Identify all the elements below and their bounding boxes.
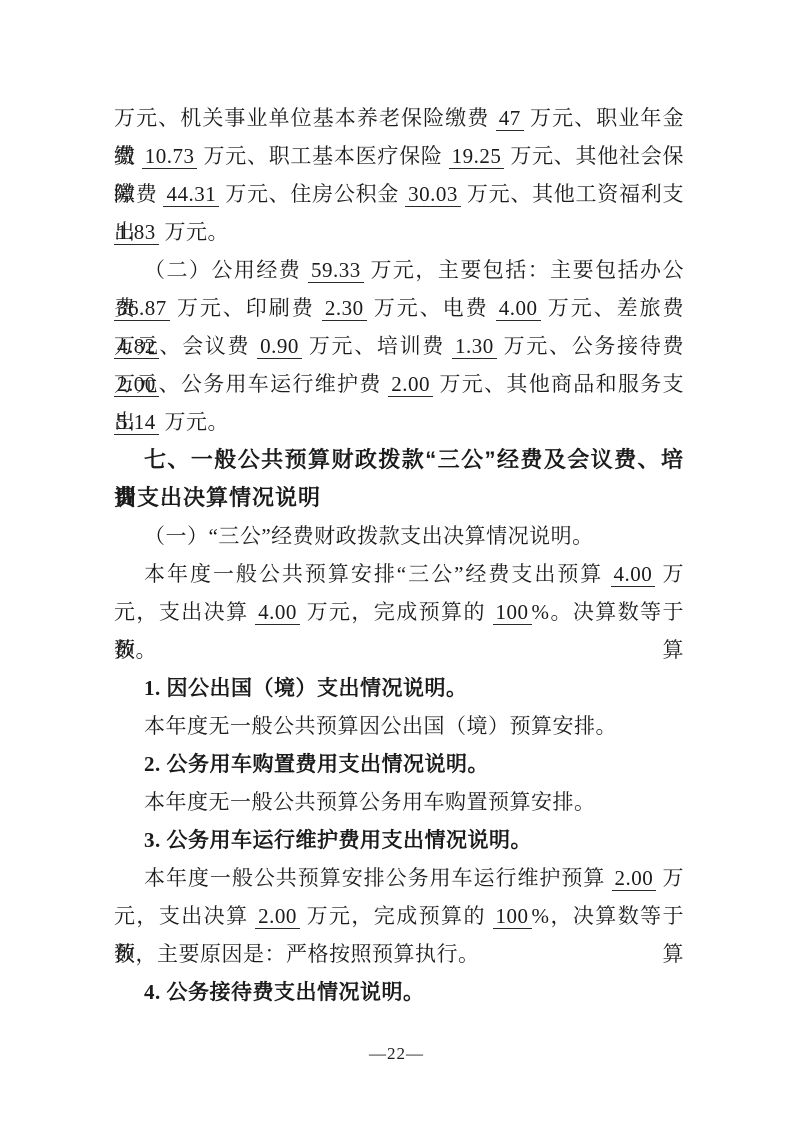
text-line: 5.14 万元。 xyxy=(114,403,684,441)
text-run: 费支出决算情况说明 xyxy=(114,485,321,510)
text-run: 万元，完成预算的 xyxy=(300,904,493,928)
text-run: 本年度一般公共预算安排“三公”经费支出预算 xyxy=(144,562,611,586)
underlined-value: 59.33 xyxy=(308,258,364,283)
text-line: 4. 公务接待费支出情况说明。 xyxy=(114,973,684,1011)
text-run: 万元、公务用车运行维护费 xyxy=(114,372,388,396)
underlined-value: 1.30 xyxy=(452,334,497,359)
text-run: 万元、会议费 xyxy=(114,334,257,358)
text-line: 本年度无一般公共预算因公出国（境）预算安排。 xyxy=(114,707,684,745)
text-line: 七、一般公共预算财政拨款“三公”经费及会议费、培训 xyxy=(114,441,684,479)
underlined-value: 2.00 xyxy=(612,866,657,891)
text-run: 万元、公务接待费 xyxy=(497,334,684,358)
text-run: 万元、机关事业单位基本养老保险缴费 xyxy=(114,106,496,130)
text-run: 万元、职工基本医疗保险 xyxy=(197,144,448,168)
underlined-value: 47 xyxy=(496,106,524,131)
text-run: 3. 公务用车运行维护费用支出情况说明。 xyxy=(144,828,532,852)
text-line: 本年度一般公共预算安排“三公”经费支出预算 4.00 万 xyxy=(114,555,684,593)
text-line: 36.87 万元、印刷费 2.30 万元、电费 4.00 万元、差旅费 4.82 xyxy=(114,289,684,327)
text-run: 数，主要原因是：严格按照预算执行。 xyxy=(114,942,480,966)
text-run: 元，支出决算 xyxy=(114,600,255,624)
underlined-value: 4.00 xyxy=(255,600,300,625)
text-line: 缴费 44.31 万元、住房公积金 30.03 万元、其他工资福利支出 xyxy=(114,175,684,213)
text-run: 万元，完成预算的 xyxy=(300,600,493,624)
text-run: 2. 公务用车购置费用支出情况说明。 xyxy=(144,752,489,776)
underlined-value: 19.25 xyxy=(449,144,505,169)
text-line: 费 10.73 万元、职工基本医疗保险 19.25 万元、其他社会保障 xyxy=(114,137,684,175)
text-run: 万元、印刷费 xyxy=(170,296,322,320)
text-line: 万元、机关事业单位基本养老保险缴费 47 万元、职业年金缴 xyxy=(114,99,684,137)
underlined-value: 5.14 xyxy=(114,410,159,435)
text-run: 缴费 xyxy=(114,182,163,206)
text-line: 3. 公务用车运行维护费用支出情况说明。 xyxy=(114,821,684,859)
text-run: 本年度无一般公共预算公务用车购置预算安排。 xyxy=(144,790,596,814)
text-run: 万元、电费 xyxy=(367,296,496,320)
text-line: 本年度无一般公共预算公务用车购置预算安排。 xyxy=(114,783,684,821)
text-run: 1. 因公出国（境）支出情况说明。 xyxy=(144,676,468,700)
text-run: 元，支出决算 xyxy=(114,904,255,928)
underlined-value: 4.00 xyxy=(611,562,656,587)
text-line: 元，支出决算 2.00 万元，完成预算的 100%，决算数等于预算 xyxy=(114,897,684,935)
text-line: 本年度一般公共预算安排公务用车运行维护预算 2.00 万 xyxy=(114,859,684,897)
text-run: 4. 公务接待费支出情况说明。 xyxy=(144,980,425,1004)
underlined-value: 100 xyxy=(493,600,532,625)
underlined-value: 2.00 xyxy=(255,904,300,929)
text-run: 万 xyxy=(655,562,684,586)
page-number: —22— xyxy=(0,1042,793,1066)
text-line: （二）公用经费 59.33 万元，主要包括：主要包括办公费 xyxy=(114,251,684,289)
text-run: 万元、培训费 xyxy=(302,334,452,358)
text-run: 数。 xyxy=(114,638,157,662)
text-run: （一）“三公”经费财政拨款支出决算情况说明。 xyxy=(144,524,594,548)
underlined-value: 36.87 xyxy=(114,296,170,321)
text-run: （二）公用经费 xyxy=(144,258,308,282)
underlined-value: 4.00 xyxy=(496,296,541,321)
text-line: 元，支出决算 4.00 万元，完成预算的 100%。决算数等于预算 xyxy=(114,593,684,631)
underlined-value: 100 xyxy=(493,904,532,929)
text-run: 本年度一般公共预算安排公务用车运行维护预算 xyxy=(144,866,612,890)
document-page: 万元、机关事业单位基本养老保险缴费 47 万元、职业年金缴费 10.73 万元、… xyxy=(0,0,793,1122)
underlined-value: 30.03 xyxy=(405,182,461,207)
underlined-value: 2.00 xyxy=(388,372,433,397)
text-line: 2. 公务用车购置费用支出情况说明。 xyxy=(114,745,684,783)
text-line: 1.83 万元。 xyxy=(114,213,684,251)
text-run: 万元、住房公积金 xyxy=(219,182,405,206)
underlined-value: 10.73 xyxy=(142,144,198,169)
document-body: 万元、机关事业单位基本养老保险缴费 47 万元、职业年金缴费 10.73 万元、… xyxy=(114,99,684,1011)
text-line: 1. 因公出国（境）支出情况说明。 xyxy=(114,669,684,707)
text-line: 万元、公务用车运行维护费 2.00 万元、其他商品和服务支出 xyxy=(114,365,684,403)
underlined-value: 2.30 xyxy=(322,296,367,321)
text-run: 本年度无一般公共预算因公出国（境）预算安排。 xyxy=(144,714,617,738)
text-run: 万 xyxy=(656,866,684,890)
text-line: （一）“三公”经费财政拨款支出决算情况说明。 xyxy=(114,517,684,555)
underlined-value: 0.90 xyxy=(257,334,302,359)
text-run: 万元。 xyxy=(159,220,229,244)
text-run: 万元。 xyxy=(159,410,229,434)
text-run: 费 xyxy=(114,144,142,168)
underlined-value: 1.83 xyxy=(114,220,159,245)
text-line: 费支出决算情况说明 xyxy=(114,479,684,517)
text-line: 万元、会议费 0.90 万元、培训费 1.30 万元、公务接待费 2.00 xyxy=(114,327,684,365)
underlined-value: 44.31 xyxy=(163,182,219,207)
text-run: 万元、差旅费 xyxy=(541,296,684,320)
